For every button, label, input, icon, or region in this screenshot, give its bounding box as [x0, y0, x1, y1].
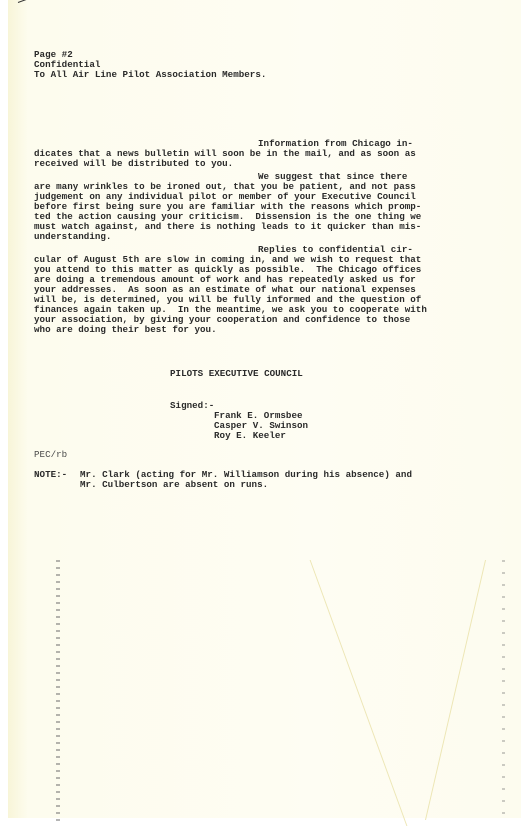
- document-page: [8, 0, 521, 818]
- body-line: received will be distributed to you.: [34, 159, 233, 170]
- reference-initials: PEC/rb: [34, 450, 67, 461]
- signed-label: Signed:-: [170, 401, 214, 412]
- organization-name: PILOTS EXECUTIVE COUNCIL: [170, 369, 303, 380]
- perforation-left: [56, 560, 60, 826]
- signer-name: Roy E. Keeler: [214, 431, 286, 442]
- recipient-line: To All Air Line Pilot Association Member…: [34, 70, 266, 81]
- note-label: NOTE:-: [34, 470, 67, 481]
- perforation-right: [502, 560, 505, 820]
- note-line: Mr. Culbertson are absent on runs.: [80, 480, 268, 491]
- body-line: who are doing their best for you.: [34, 325, 217, 336]
- body-line: understanding.: [34, 232, 111, 243]
